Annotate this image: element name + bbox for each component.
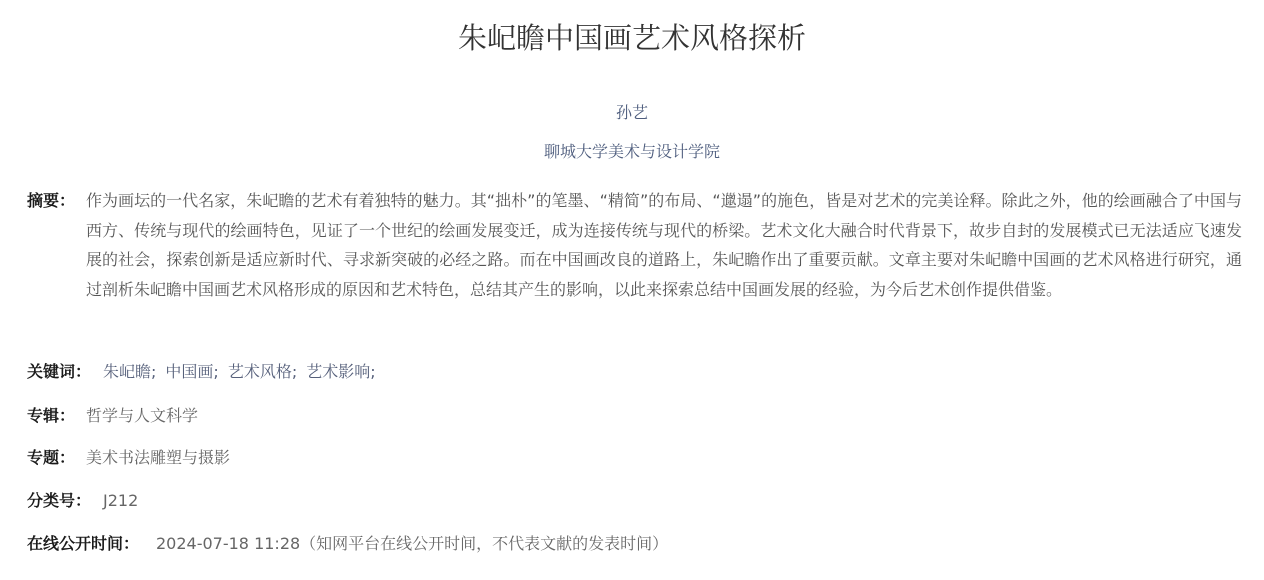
online-time-label: 在线公开时间： <box>27 532 156 556</box>
keyword-link[interactable]: 中国画; <box>165 362 218 381</box>
topic-row: 专题： 美术书法雕塑与摄影 <box>27 446 230 470</box>
keyword-link[interactable]: 艺术影响; <box>306 362 375 381</box>
classification-row: 分类号： J212 <box>27 489 138 513</box>
online-time-row: 在线公开时间： 2024-07-18 11:28（知网平台在线公开时间，不代表文… <box>27 532 668 556</box>
album-value: 哲学与人文科学 <box>86 404 198 428</box>
album-row: 专辑： 哲学与人文科学 <box>27 404 198 428</box>
keyword-link[interactable]: 艺术风格; <box>228 362 297 381</box>
classification-label: 分类号： <box>27 489 103 513</box>
keywords-label: 关键词： <box>27 360 103 384</box>
abstract-text: 作为画坛的一代名家，朱屺瞻的艺术有着独特的魅力。其“拙朴”的笔墨、“精简”的布局… <box>86 186 1242 304</box>
article-title: 朱屺瞻中国画艺术风格探析 <box>0 18 1264 58</box>
abstract-label: 摘要： <box>27 186 86 304</box>
classification-value: J212 <box>103 489 138 513</box>
keywords-row: 关键词： 朱屺瞻;中国画;艺术风格;艺术影响; <box>27 360 385 384</box>
organization-link[interactable]: 聊城大学美术与设计学院 <box>544 142 720 161</box>
author-link[interactable]: 孙艺 <box>616 103 648 122</box>
album-label: 专辑： <box>27 404 86 428</box>
organization-line: 聊城大学美术与设计学院 <box>0 140 1264 164</box>
keyword-link[interactable]: 朱屺瞻; <box>103 362 156 381</box>
topic-label: 专题： <box>27 446 86 470</box>
abstract-section: 摘要： 作为画坛的一代名家，朱屺瞻的艺术有着独特的魅力。其“拙朴”的笔墨、“精简… <box>27 186 1242 304</box>
online-time-value: 2024-07-18 11:28（知网平台在线公开时间，不代表文献的发表时间） <box>156 532 668 556</box>
article-detail-page: 朱屺瞻中国画艺术风格探析 孙艺 聊城大学美术与设计学院 摘要： 作为画坛的一代名… <box>0 0 1264 580</box>
topic-value: 美术书法雕塑与摄影 <box>86 446 230 470</box>
author-line: 孙艺 <box>0 101 1264 125</box>
keywords-list: 朱屺瞻;中国画;艺术风格;艺术影响; <box>103 360 385 384</box>
